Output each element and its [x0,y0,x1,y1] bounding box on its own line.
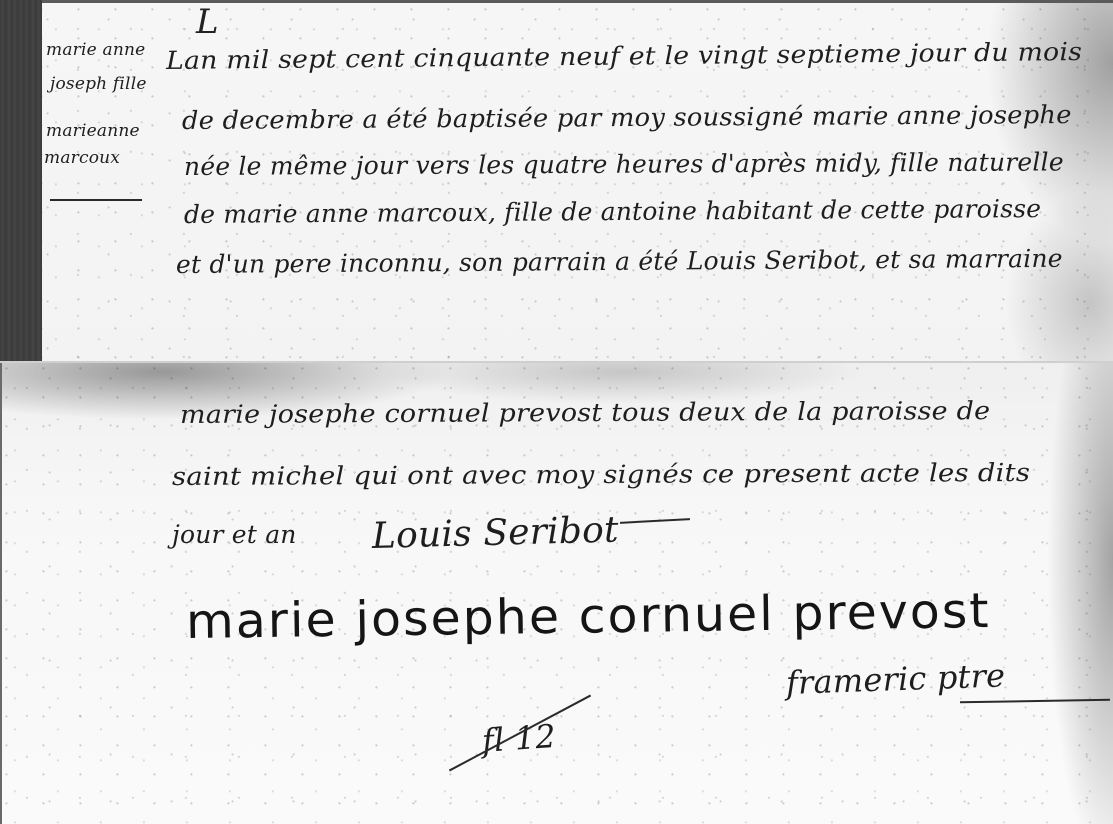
margin-note-line: marie anne [46,40,145,60]
folio-mark: fl 12 [481,717,557,760]
signature-priest: frameric ptre [785,656,1006,702]
binding-strip [0,0,42,362]
entry-line: saint michel qui ont avec moy signés ce … [172,458,1030,491]
margin-note-line: marieanne [46,121,140,141]
fragment-seam [0,361,1113,363]
initial-flourish: L [196,2,219,42]
margin-note-line: marcoux [44,148,120,168]
entry-line: de marie anne marcoux, fille de antoine … [184,194,1041,229]
margin-note-line: joseph fille [50,74,147,94]
entry-line: jour et an [172,520,297,549]
entry-line: née le même jour vers les quatre heures … [184,147,1064,181]
margin-rule [50,199,142,201]
signature-godfather: Louis Seribot [371,510,619,557]
register-scan: marie anne joseph fille marieanne marcou… [0,0,1113,824]
entry-line: marie josephe cornuel prevost tous deux … [180,396,990,429]
signature-godmother: marie josephe cornuel prevost [186,583,991,650]
entry-line: et d'un pere inconnu, son parrain a été … [176,244,1063,279]
entry-line: de decembre a été baptisée par moy souss… [182,100,1072,135]
